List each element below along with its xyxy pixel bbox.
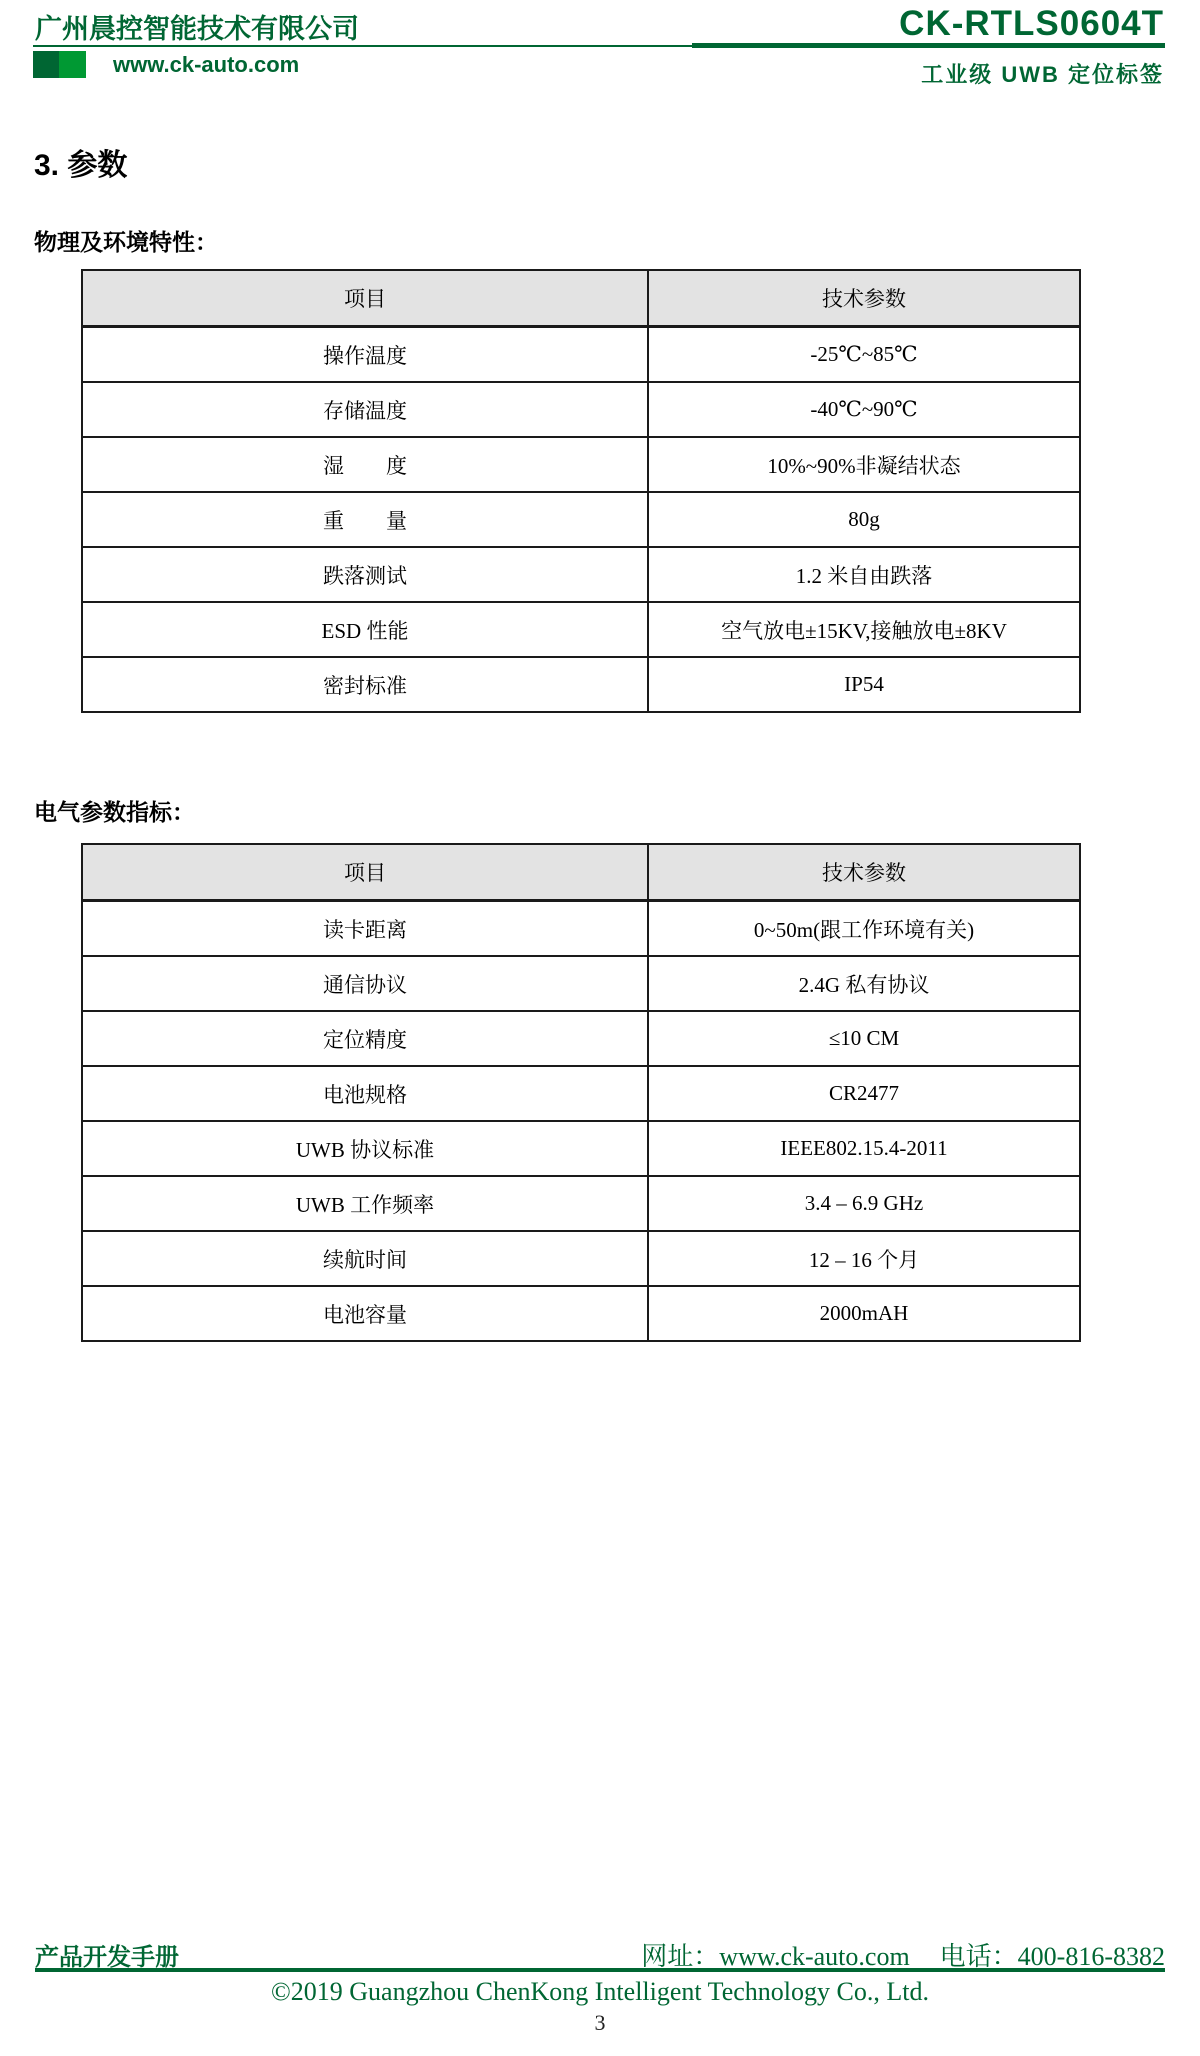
- item-cell: 重 量: [82, 492, 648, 547]
- electrical-table-caption: 电气参数指标：: [34, 794, 195, 827]
- column-header-spec: 技术参数: [648, 270, 1080, 327]
- section-title: 3. 参数: [34, 140, 127, 184]
- page-number: 3: [0, 2010, 1200, 2036]
- table-row: 通信协议 2.4G 私有协议: [82, 956, 1080, 1011]
- item-cell: 读卡距离: [82, 901, 648, 957]
- table-row: 续航时间 12 – 16 个月: [82, 1231, 1080, 1286]
- item-cell: 电池容量: [82, 1286, 648, 1341]
- item-cell: UWB 协议标准: [82, 1121, 648, 1176]
- electrical-table: 项目 技术参数 读卡距离 0~50m(跟工作环境有关) 通信协议 2.4G 私有…: [81, 843, 1081, 1342]
- value-cell: 3.4 – 6.9 GHz: [648, 1176, 1080, 1231]
- product-subtitle: 工业级 UWB 定位标签: [921, 58, 1164, 89]
- table-row: 电池规格 CR2477: [82, 1066, 1080, 1121]
- value-cell: ≤10 CM: [648, 1011, 1080, 1066]
- table-header-row: 项目 技术参数: [82, 844, 1080, 901]
- item-cell: 密封标准: [82, 657, 648, 712]
- logo-square-light: [59, 51, 86, 78]
- footer-phone: 电话：400-816-8382: [940, 1942, 1165, 1971]
- value-cell: 0~50m(跟工作环境有关): [648, 901, 1080, 957]
- item-cell: 操作温度: [82, 327, 648, 383]
- value-cell: -40℃~90℃: [648, 382, 1080, 437]
- logo-square-dark: [33, 51, 59, 78]
- value-cell: 12 – 16 个月: [648, 1231, 1080, 1286]
- table-header-row: 项目 技术参数: [82, 270, 1080, 327]
- table-row: 湿 度 10%~90%非凝结状态: [82, 437, 1080, 492]
- item-cell: 通信协议: [82, 956, 648, 1011]
- table-row: 重 量 80g: [82, 492, 1080, 547]
- footer-divider-line: [35, 1968, 1165, 1972]
- table-row: UWB 协议标准 IEEE802.15.4-2011: [82, 1121, 1080, 1176]
- product-model: CK-RTLS0604T: [899, 4, 1164, 44]
- header-website: www.ck-auto.com: [113, 52, 299, 78]
- table-row: 读卡距离 0~50m(跟工作环境有关): [82, 901, 1080, 957]
- value-cell: 2000mAH: [648, 1286, 1080, 1341]
- value-cell: IEEE802.15.4-2011: [648, 1121, 1080, 1176]
- value-cell: 1.2 米自由跌落: [648, 547, 1080, 602]
- value-cell: 空气放电±15KV,接触放电±8KV: [648, 602, 1080, 657]
- item-cell: 定位精度: [82, 1011, 648, 1066]
- footer-website: 网址：www.ck-auto.com: [641, 1942, 909, 1971]
- value-cell: -25℃~85℃: [648, 327, 1080, 383]
- item-cell: 跌落测试: [82, 547, 648, 602]
- item-cell: ESD 性能: [82, 602, 648, 657]
- value-cell: 80g: [648, 492, 1080, 547]
- table-row: 定位精度 ≤10 CM: [82, 1011, 1080, 1066]
- value-cell: 10%~90%非凝结状态: [648, 437, 1080, 492]
- item-cell: 存储温度: [82, 382, 648, 437]
- item-cell: 湿 度: [82, 437, 648, 492]
- footer-manual-title: 产品开发手册: [35, 1937, 179, 1972]
- item-cell: 电池规格: [82, 1066, 648, 1121]
- footer-copyright: ©2019 Guangzhou ChenKong Intelligent Tec…: [0, 1977, 1200, 2007]
- value-cell: IP54: [648, 657, 1080, 712]
- company-name: 广州晨控智能技术有限公司: [35, 7, 359, 46]
- document-page: 广州晨控智能技术有限公司 www.ck-auto.com CK-RTLS0604…: [0, 0, 1200, 2056]
- table-row: 存储温度 -40℃~90℃: [82, 382, 1080, 437]
- physical-table: 项目 技术参数 操作温度 -25℃~85℃ 存储温度 -40℃~90℃ 湿 度 …: [81, 269, 1081, 713]
- column-header-item: 项目: [82, 270, 648, 327]
- physical-table-caption: 物理及环境特性：: [34, 224, 218, 257]
- column-header-item: 项目: [82, 844, 648, 901]
- table-row: 密封标准 IP54: [82, 657, 1080, 712]
- item-cell: 续航时间: [82, 1231, 648, 1286]
- table-row: 跌落测试 1.2 米自由跌落: [82, 547, 1080, 602]
- column-header-spec: 技术参数: [648, 844, 1080, 901]
- table-row: 操作温度 -25℃~85℃: [82, 327, 1080, 383]
- value-cell: CR2477: [648, 1066, 1080, 1121]
- table-row: 电池容量 2000mAH: [82, 1286, 1080, 1341]
- item-cell: UWB 工作频率: [82, 1176, 648, 1231]
- table-row: UWB 工作频率 3.4 – 6.9 GHz: [82, 1176, 1080, 1231]
- table-row: ESD 性能 空气放电±15KV,接触放电±8KV: [82, 602, 1080, 657]
- value-cell: 2.4G 私有协议: [648, 956, 1080, 1011]
